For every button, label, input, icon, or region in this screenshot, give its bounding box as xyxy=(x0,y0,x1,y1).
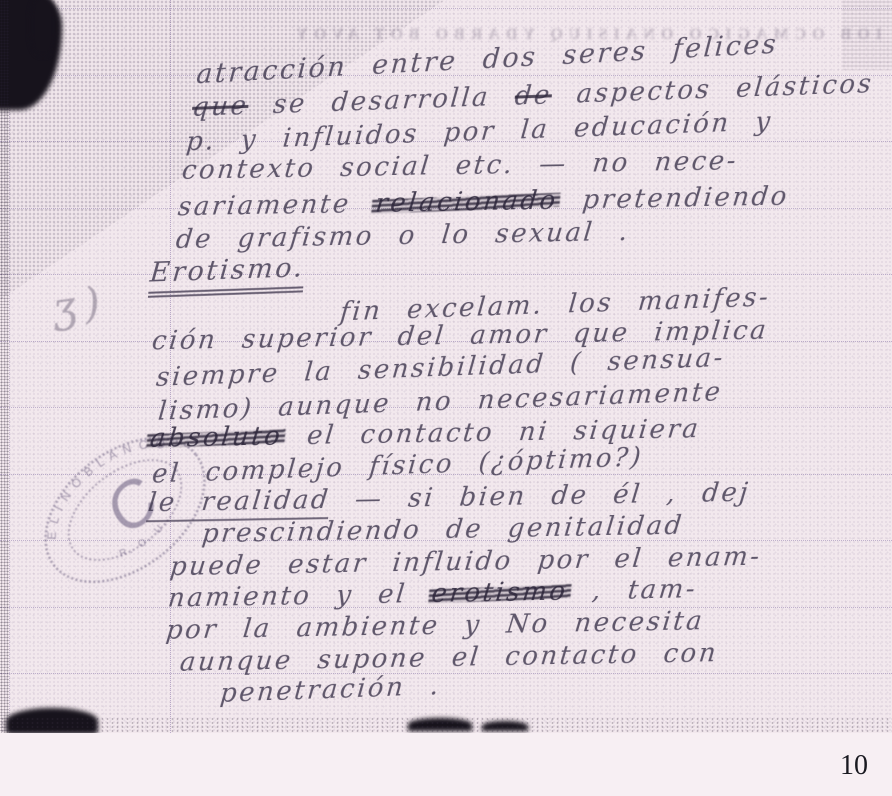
ink-blotch-top-left-2 xyxy=(30,0,56,56)
scanned-manuscript-area: IOB OCMAGICO ONAISIUQ YDARBO BOT AVOY ʒ)… xyxy=(0,0,892,733)
crossed-out-word: que xyxy=(191,91,250,123)
ruled-line xyxy=(0,274,892,275)
manuscript-line: sariamente relacionado pretendiendo xyxy=(176,182,790,223)
pencil-margin-mark: ʒ) xyxy=(49,276,111,332)
handwritten-text: — si bien de él , dej xyxy=(329,478,752,515)
handwritten-text: penetración . xyxy=(219,671,442,709)
handwritten-text: pretendiendo xyxy=(556,182,790,216)
ruled-line xyxy=(0,673,892,674)
crossed-out-word: erotismo xyxy=(430,577,569,609)
handwritten-text: , tam- xyxy=(566,574,699,606)
manuscript-line: de grafismo o lo sexual . xyxy=(174,217,631,255)
scanned-book-page: IOB OCMAGICO ONAISIUQ YDARBO BOT AVOY ʒ)… xyxy=(0,0,892,796)
underlined-word: Erotismo. xyxy=(148,252,306,298)
crossed-out-word: absoluto xyxy=(148,421,283,453)
crossed-out-word: de xyxy=(514,80,554,111)
book-page-margin xyxy=(0,733,892,796)
scan-left-edge-speckle xyxy=(0,0,9,733)
manuscript-line: penetración . xyxy=(219,671,442,709)
page-number: 10 xyxy=(840,750,868,782)
scan-bottom-edge-speckle xyxy=(0,717,892,732)
handwritten-text: namiento y el xyxy=(166,579,433,614)
manuscript-line: Erotismo. xyxy=(149,252,306,289)
handwritten-text: sariamente xyxy=(176,189,377,223)
manuscript-line: aunque supone el contacto con xyxy=(178,638,719,677)
crossed-out-word: relacionado xyxy=(374,186,559,219)
handwritten-text: de grafismo o lo sexual . xyxy=(174,217,631,255)
handwritten-text: aunque supone el contacto con xyxy=(178,638,719,677)
